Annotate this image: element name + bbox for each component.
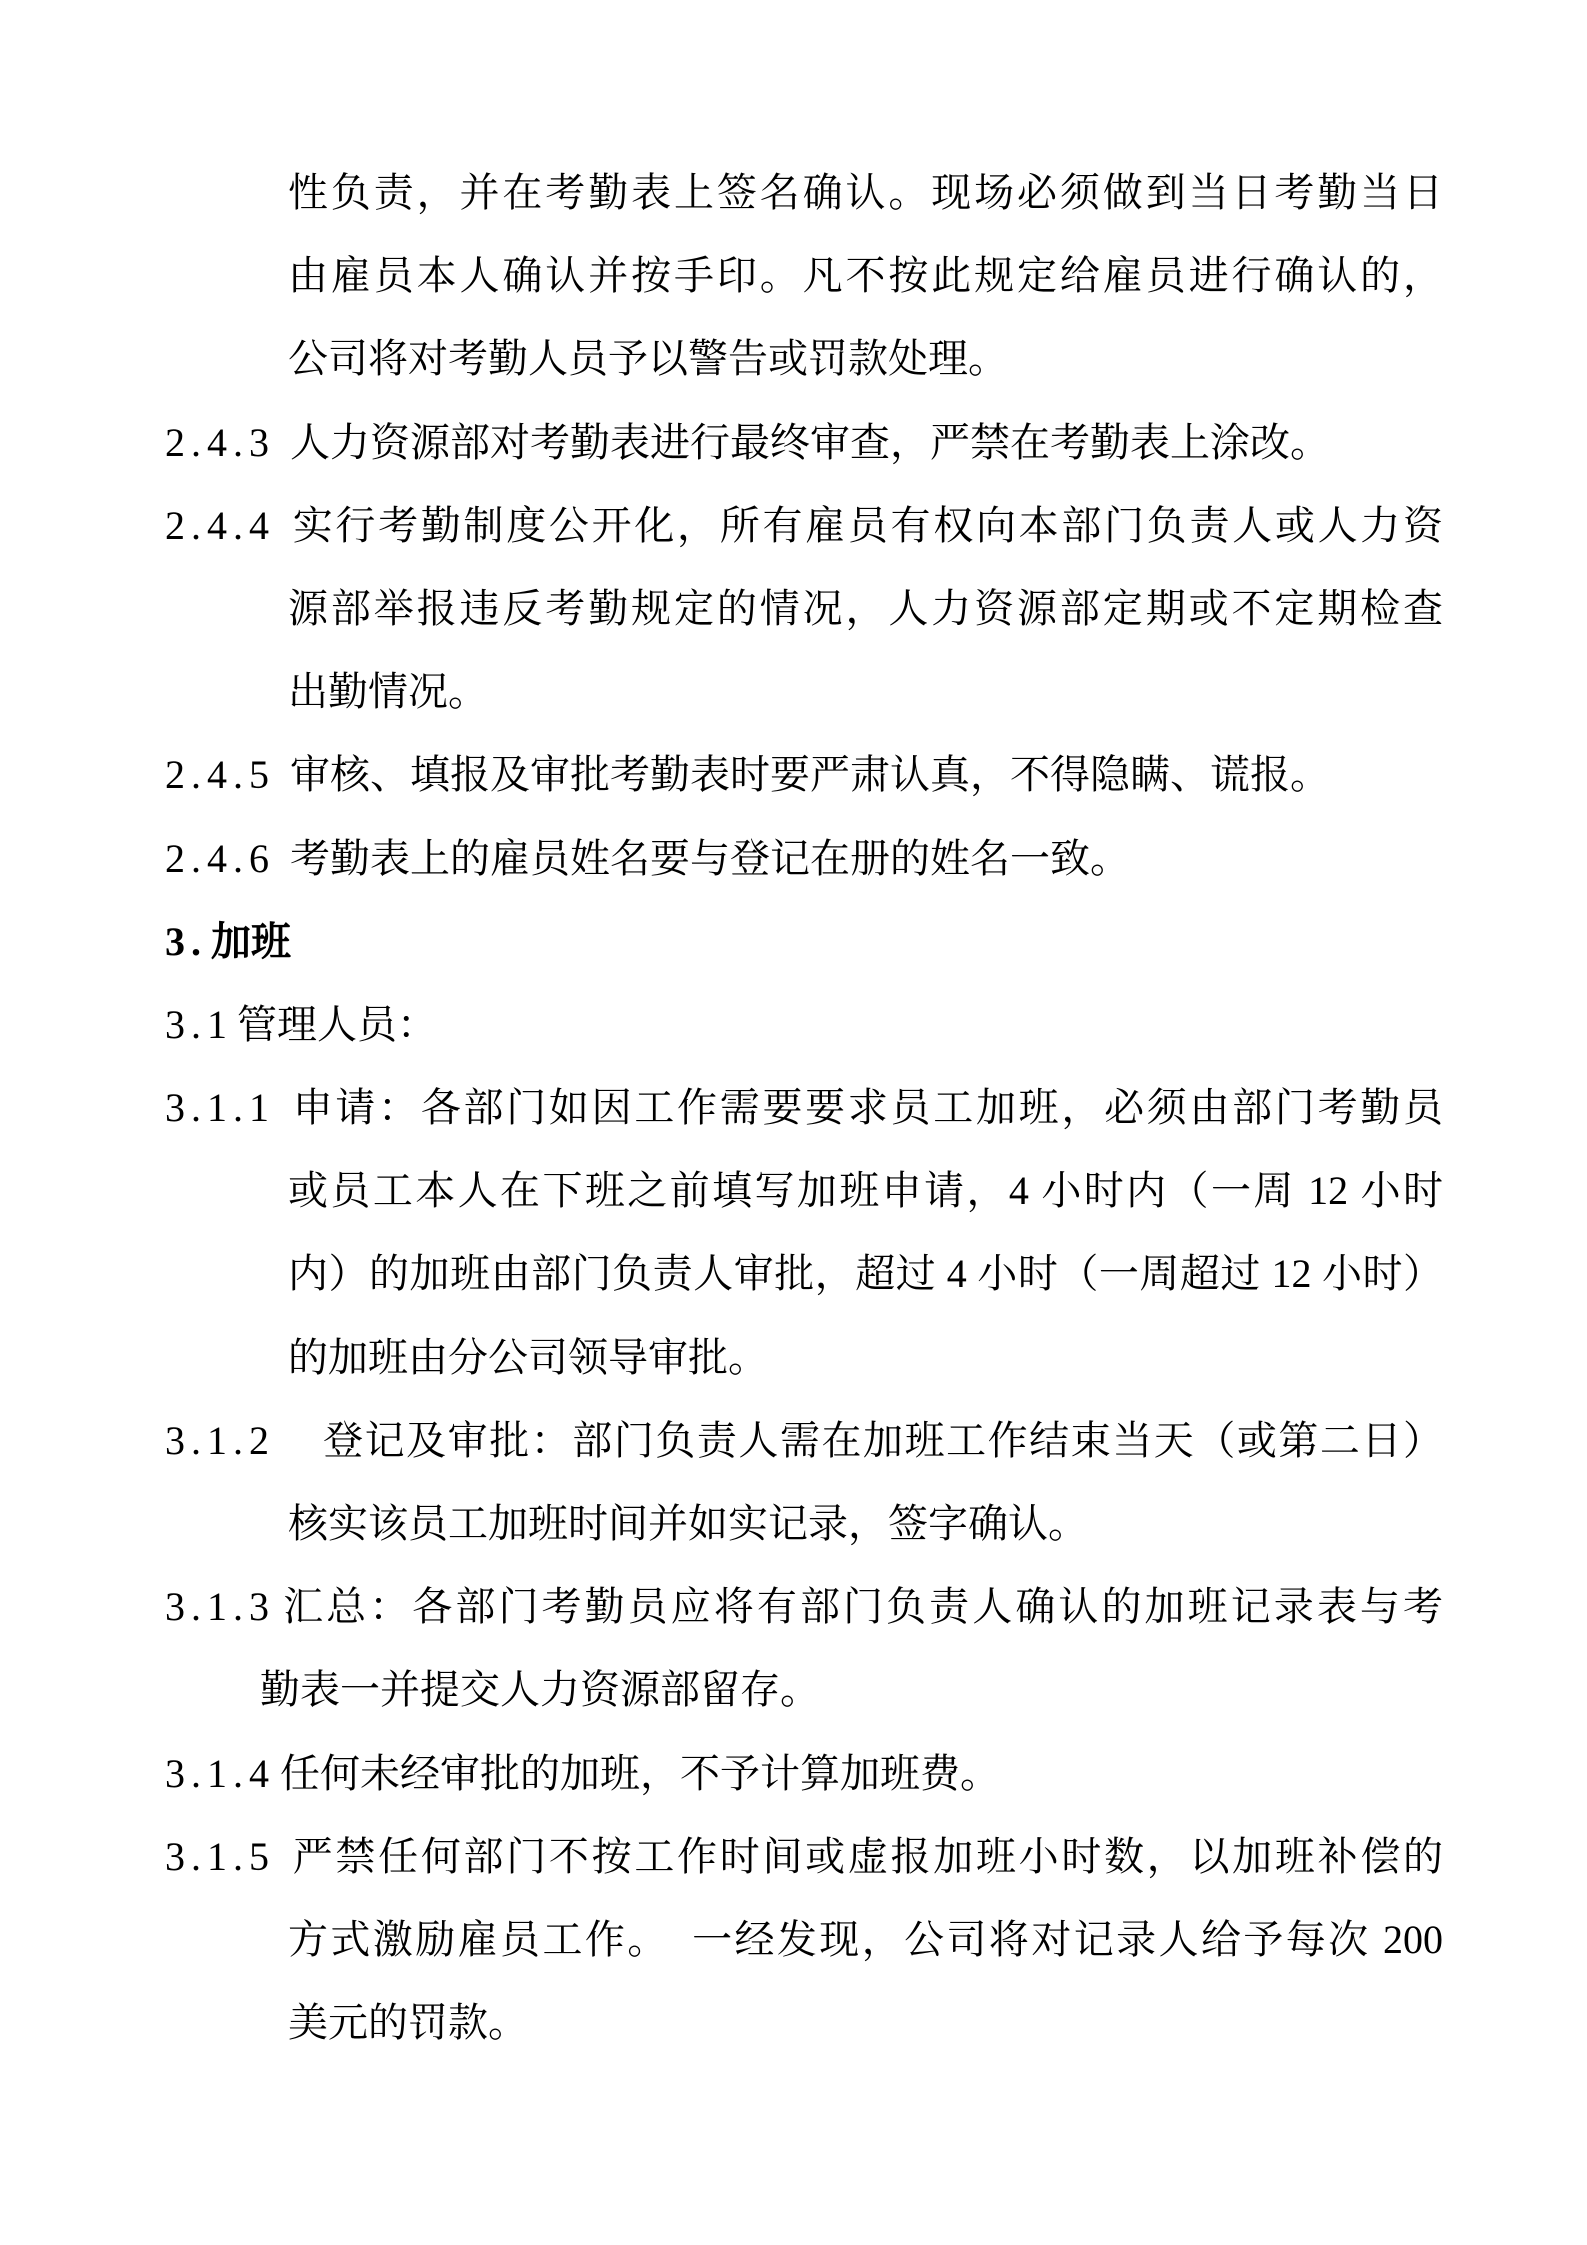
para-line: 勤表一并提交人力资源部留存。 — [260, 1648, 1443, 1731]
clause-line: 2.4.4 实行考勤制度公开化，所有雇员有权向本部门负责人或人力资 — [165, 484, 1443, 567]
line-text: 美元的罚款。 — [288, 2000, 528, 2045]
para-line: 出勤情况。 — [288, 650, 1443, 733]
item-number: 3.1.4 — [165, 1732, 280, 1815]
clause-line: 2.4.6 考勤表上的雇员姓名要与登记在册的姓名一致。 — [165, 817, 1443, 900]
para-line: 公司将对考勤人员予以警告或罚款处理。 — [288, 317, 1443, 400]
para-line: 方式激励雇员工作。 一经发现，公司将对记录人给予每次 200 — [288, 1898, 1443, 1981]
document-page: 性负责，并在考勤表上签名确认。现场必须做到当日考勤当日 由雇员本人确认并按手印。… — [0, 0, 1587, 2245]
item-number: 3.1 — [165, 983, 237, 1066]
line-text: 实行考勤制度公开化，所有雇员有权向本部门负责人或人力资 — [280, 503, 1443, 548]
line-text: 勤表一并提交人力资源部留存。 — [260, 1667, 820, 1712]
line-text: 的加班由分公司领导审批。 — [288, 1335, 768, 1380]
line-text: 严禁任何部门不按工作时间或虚报加班小时数，以加班补偿的 — [280, 1834, 1443, 1879]
line-text: 内）的加班由部门负责人审批，超过 4 小时（一周超过 12 小时） — [288, 1251, 1443, 1296]
line-text: 由雇员本人确认并按手印。凡不按此规定给雇员进行确认的， — [288, 253, 1443, 298]
item-number: 3.1.3 — [165, 1565, 280, 1648]
para-line: 由雇员本人确认并按手印。凡不按此规定给雇员进行确认的， — [288, 234, 1443, 317]
line-text: 考勤表上的雇员姓名要与登记在册的姓名一致。 — [280, 836, 1130, 881]
item-number: 2.4.5 — [165, 733, 280, 816]
line-text: 核实该员工加班时间并如实记录，签字确认。 — [288, 1501, 1088, 1546]
line-text: 源部举报违反考勤规定的情况，人力资源部定期或不定期检查 — [288, 586, 1443, 631]
item-number: 2.4.4 — [165, 484, 280, 567]
clause-line: 2.4.5 审核、填报及审批考勤表时要严肃认真，不得隐瞒、谎报。 — [165, 733, 1443, 816]
section-heading-overtime: 3.加班 — [165, 900, 1443, 983]
clause-line: 3.1.1 申请：各部门如因工作需要要求员工加班，必须由部门考勤员 — [165, 1066, 1443, 1149]
line-text: 方式激励雇员工作。 一经发现，公司将对记录人给予每次 200 — [288, 1917, 1443, 1962]
line-text: 或员工本人在下班之前填写加班申请，4 小时内（一周 12 小时 — [288, 1168, 1443, 1213]
para-line: 的加班由分公司领导审批。 — [288, 1316, 1443, 1399]
line-text: 加班 — [211, 919, 291, 964]
line-text: 人力资源部对考勤表进行最终审查，严禁在考勤表上涂改。 — [280, 420, 1330, 465]
line-text: 审核、填报及审批考勤表时要严肃认真，不得隐瞒、谎报。 — [280, 752, 1330, 797]
para-line: 或员工本人在下班之前填写加班申请，4 小时内（一周 12 小时 — [288, 1149, 1443, 1232]
para-line: 核实该员工加班时间并如实记录，签字确认。 — [288, 1482, 1443, 1565]
item-number: 2.4.6 — [165, 817, 280, 900]
para-line: 源部举报违反考勤规定的情况，人力资源部定期或不定期检查 — [288, 567, 1443, 650]
line-text: 登记及审批：部门负责人需在加班工作结束当天（或第二日） — [280, 1418, 1443, 1463]
item-number: 3.1.2 — [165, 1399, 280, 1482]
line-text: 汇总：各部门考勤员应将有部门负责人确认的加班记录表与考 — [280, 1584, 1443, 1629]
line-text: 任何未经审批的加班，不予计算加班费。 — [280, 1751, 1000, 1796]
clause-line: 2.4.3 人力资源部对考勤表进行最终审查，严禁在考勤表上涂改。 — [165, 401, 1443, 484]
para-line: 性负责，并在考勤表上签名确认。现场必须做到当日考勤当日 — [288, 151, 1443, 234]
document-body: 性负责，并在考勤表上签名确认。现场必须做到当日考勤当日 由雇员本人确认并按手印。… — [0, 151, 1587, 2064]
line-text: 管理人员： — [237, 1002, 437, 1047]
clause-line: 3.1管理人员： — [165, 983, 1443, 1066]
para-line: 内）的加班由部门负责人审批，超过 4 小时（一周超过 12 小时） — [288, 1232, 1443, 1315]
item-number: 2.4.3 — [165, 401, 280, 484]
line-text: 性负责，并在考勤表上签名确认。现场必须做到当日考勤当日 — [288, 170, 1443, 215]
clause-line: 3.1.5 严禁任何部门不按工作时间或虚报加班小时数，以加班补偿的 — [165, 1815, 1443, 1898]
para-line: 美元的罚款。 — [288, 1981, 1443, 2064]
clause-line: 3.1.3汇总：各部门考勤员应将有部门负责人确认的加班记录表与考 — [165, 1565, 1443, 1648]
item-number: 3. — [165, 900, 211, 983]
clause-line: 3.1.2 登记及审批：部门负责人需在加班工作结束当天（或第二日） — [165, 1399, 1443, 1482]
line-text: 申请：各部门如因工作需要要求员工加班，必须由部门考勤员 — [280, 1085, 1443, 1130]
line-text: 出勤情况。 — [288, 669, 488, 714]
clause-line: 3.1.4任何未经审批的加班，不予计算加班费。 — [165, 1732, 1443, 1815]
item-number: 3.1.5 — [165, 1815, 280, 1898]
item-number: 3.1.1 — [165, 1066, 280, 1149]
line-text: 公司将对考勤人员予以警告或罚款处理。 — [288, 336, 1008, 381]
